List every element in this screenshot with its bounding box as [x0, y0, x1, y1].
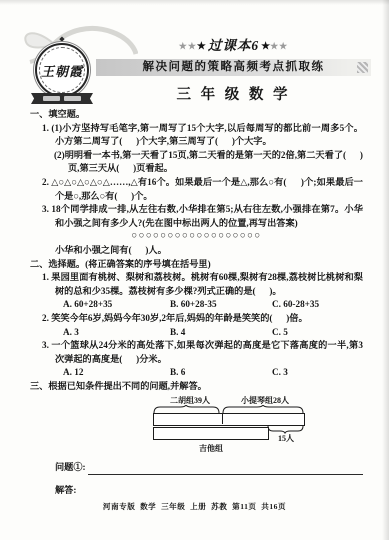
combined-groups-bar [153, 413, 305, 426]
brand-logo: ◆ 王朝霞 [30, 36, 94, 104]
option-c: C. 60-28+35 [272, 298, 363, 312]
option-b: B. 60+28-35 [170, 298, 272, 312]
option-c: C. 5 [272, 326, 363, 340]
star-icons-left-outer: ★★ [179, 41, 197, 51]
guitar-group-label: 吉他组 [153, 444, 269, 453]
choice-question-3: 3. 一个篮球从24分米的高处落下,如果每次弹起的高度是它下落高度的一半,第3次… [30, 339, 363, 366]
option-a: A. 60+28+35 [63, 298, 170, 312]
section-choice-heading: 二、选择题。(将正确答案的序号填在括号里) [30, 258, 363, 272]
choice-question-3-options: A. 12 B. 6 C. 3 [63, 366, 363, 380]
fill-question-2: 2. △○△○△○△○△……,△有16个。如果最后一个是△,那么○有( )个;如… [30, 176, 363, 203]
question-prompt-row: 问题①: [55, 461, 363, 475]
topic-banner: 解决问题的策略高频考点抓取练 [96, 59, 371, 76]
erhu-group-label: 二胡组39人 [155, 396, 225, 405]
choice-question-1: 1. 果园里面有桃树、梨树和荔枝树。桃树有60棵,梨树有28棵,荔枝树比桃树和梨… [30, 271, 363, 298]
fill-question-3: 3. 18个同学排成一排,从左往右数,小华排在第5;从右往左数,小强排在第7。小… [30, 203, 363, 230]
option-b: B. 6 [170, 366, 272, 380]
option-a: A. 3 [63, 326, 170, 340]
star-icon-left-inner: ★ [197, 41, 206, 52]
option-a: A. 12 [63, 366, 170, 380]
fill-question-3-answer-blank: 小华和小强之间有( )人。 [55, 244, 363, 258]
star-icons-right-outer: ★★ [270, 41, 288, 51]
student-row-circles: ○○○○○○○○○○○○○○○○○○ [30, 230, 363, 244]
fill-question-1-part2: (2)明明看一本书,第一天看了15页,第二天看的是第一天的2倍,第二天看了( )… [30, 149, 363, 176]
booklet-title: 过课本6 [208, 38, 259, 53]
answer-prompt-label: 解答: [55, 484, 363, 498]
bar-segment-divider [222, 413, 223, 424]
fill-question-1-part1: 1. (1)小方坚持写毛笔字,第一周写了15个大字,以后每周写的都比前一周多5个… [30, 122, 363, 149]
worksheet-body: 一、填空题。 1. (1)小方坚持写毛笔字,第一周写了15个大字,以后每周写的都… [0, 104, 389, 498]
section-fill-heading: 一、填空题。 [30, 108, 363, 122]
grade-subject-title: 三 年 级 数 学 [96, 83, 371, 104]
ribbon-text-block [43, 96, 60, 101]
logo-brand-text: 王朝霞 [37, 45, 87, 95]
worksheet-page: ◆ 王朝霞 ★★★过课本6★★★ 解决问题的策略高频考点抓取练 三 年 级 数 … [0, 0, 389, 540]
violin-group-label: 小提琴组28人 [219, 396, 311, 405]
guitar-group-bar [153, 427, 269, 440]
option-c: C. 3 [272, 366, 363, 380]
page-footer: 河南专版 数学 三年级 上册 苏教 第11页 共16页 [0, 501, 389, 512]
choice-question-2: 2. 笑笑今年6岁,妈妈今年30岁,2年后,妈妈的年龄是笑笑的( )倍。 [30, 312, 363, 326]
bar-model-diagram: 二胡组39人 小提琴组28人 15人 吉他组 [153, 396, 323, 454]
logo-ribbon-banner [31, 93, 93, 104]
question-prompt-label: 问题①: [55, 461, 86, 475]
logo-badge: 王朝霞 [35, 43, 89, 97]
star-icon-right-inner: ★ [261, 41, 270, 52]
difference-label: 15人 [267, 434, 305, 443]
choice-question-2-options: A. 3 B. 4 C. 5 [63, 326, 363, 340]
page-header: ◆ 王朝霞 ★★★过课本6★★★ 解决问题的策略高频考点抓取练 三 年 级 数 … [0, 0, 389, 104]
question-blank-line [88, 463, 363, 475]
choice-question-1-options: A. 60+28+35 B. 60+28-35 C. 60-28+35 [63, 298, 363, 312]
ribbon-text-block [64, 96, 81, 101]
option-b: B. 4 [170, 326, 272, 340]
crest-icon: ◆ [30, 36, 94, 43]
section-compose-heading: 三、根据已知条件提出不同的问题,并解答。 [30, 380, 363, 394]
